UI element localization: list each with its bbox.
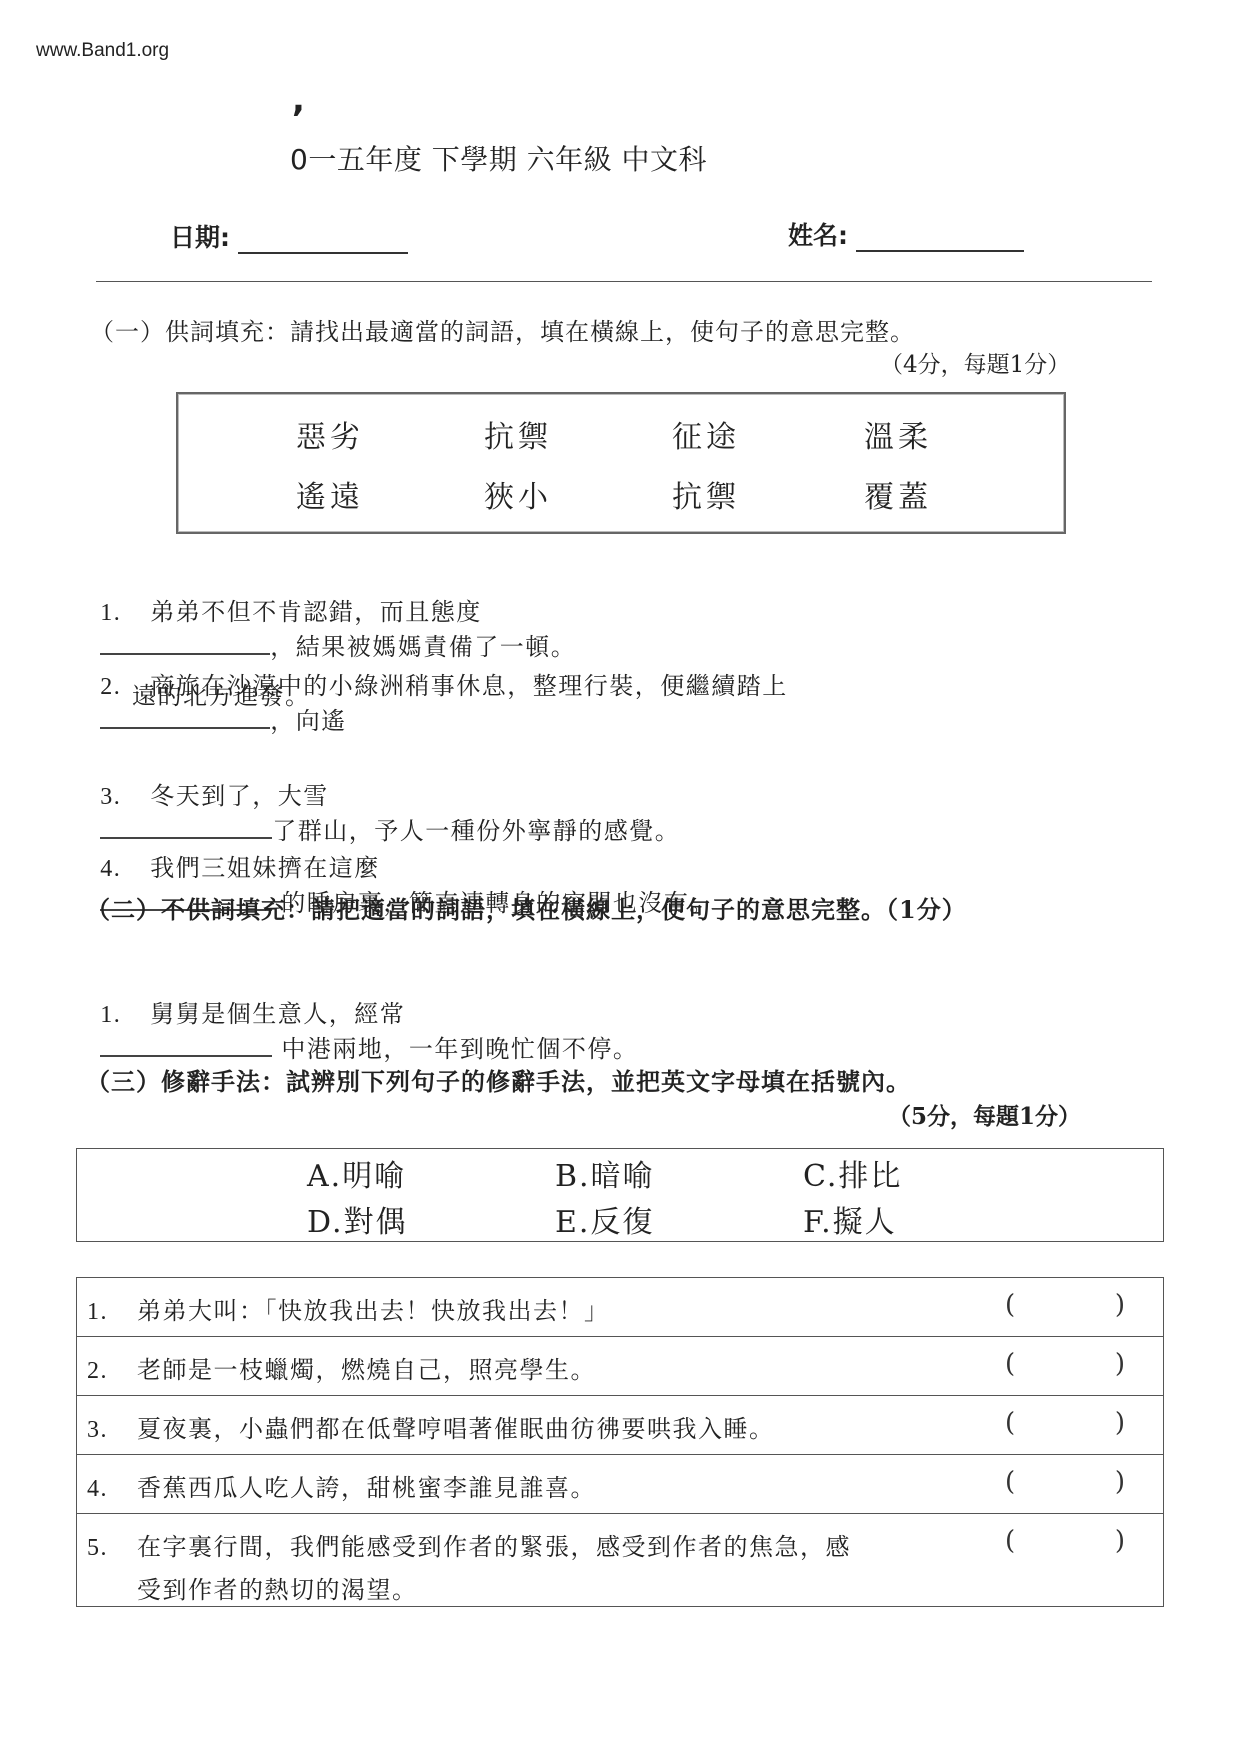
rhetoric-option: C.排比	[803, 1151, 902, 1195]
question-2-1: 1.舅舅是個生意人，經常 中港兩地，一年到晚忙個不停。	[82, 966, 638, 1064]
word-bank-box: 惡劣 抗禦 征途 溫柔 遙遠 狹小 抗禦 覆蓋	[176, 392, 1066, 534]
word-bank-item: 惡劣	[296, 412, 364, 456]
question-text: 老師是一枝蠟燭，燃燒自己，照亮學生。	[137, 1356, 596, 1384]
word-bank-item: 狹小	[484, 472, 552, 516]
table-row: 3.夏夜裏，小蟲們都在低聲哼唱著催眠曲彷彿要哄我入睡。 ()	[77, 1396, 1163, 1455]
word-bank-item: 征途	[672, 412, 740, 456]
table-row: 2.老師是一枝蠟燭，燃燒自己，照亮學生。 ()	[77, 1337, 1163, 1396]
rhetoric-options-box: A.明喻 B.暗喻 C.排比 D.對偶 E.反復 F.擬人	[76, 1148, 1164, 1242]
word-bank-item: 覆蓋	[864, 472, 932, 516]
page-title: 0一五年度 下學期 六年級 中文科	[290, 138, 707, 178]
section3-heading: （三）修辭手法：試辨別下列句子的修辭手法，並把英文字母填在括號內。	[86, 1062, 911, 1097]
rhetoric-option: D.對偶	[307, 1197, 408, 1241]
header-divider	[96, 281, 1152, 282]
table-row: 4.香蕉西瓜人吃人誇，甜桃蜜李誰見誰喜。 ()	[77, 1455, 1163, 1514]
name-label: 姓名:	[788, 216, 848, 252]
answer-blank[interactable]	[100, 1035, 272, 1057]
word-bank-item: 溫柔	[864, 412, 932, 456]
word-bank-item: 遙遠	[296, 472, 364, 516]
answer-parentheses[interactable]: ()	[1005, 1526, 1125, 1556]
word-bank-item: 抗禦	[484, 412, 552, 456]
word-bank-item: 抗禦	[672, 472, 740, 516]
question-text: 在字裏行間，我們能感受到作者的緊張，感受到作者的焦急，感	[137, 1533, 851, 1561]
rhetoric-questions-table: 1.弟弟大叫：「快放我出去！快放我出去！」 () 2.老師是一枝蠟燭，燃燒自己，…	[76, 1277, 1164, 1607]
name-input-line[interactable]	[856, 228, 1024, 252]
name-field: 姓名:	[788, 216, 1024, 252]
answer-parentheses[interactable]: ()	[1005, 1467, 1125, 1497]
answer-parentheses[interactable]: ()	[1005, 1408, 1125, 1438]
section2-heading: （二）不供詞填充：請把適當的詞語，填在橫線上，使句子的意思完整。（1分）	[86, 890, 967, 925]
table-row: 1.弟弟大叫：「快放我出去！快放我出去！」 ()	[77, 1278, 1163, 1337]
date-label: 日期:	[170, 218, 230, 254]
answer-parentheses[interactable]: ()	[1005, 1290, 1125, 1320]
question-text: 香蕉西瓜人吃人誇，甜桃蜜李誰見誰喜。	[137, 1474, 596, 1502]
question-text-continuation: 受到作者的熱切的渴望。	[137, 1576, 418, 1604]
question-text: 弟弟大叫：「快放我出去！快放我出去！」	[137, 1297, 610, 1325]
watermark: www.Band1.org	[36, 40, 169, 62]
date-input-line[interactable]	[238, 230, 408, 254]
section1-score: （4分，每題1分）	[880, 346, 1070, 379]
question-1-2-continuation: 遠的北方進發。	[132, 676, 311, 711]
question-text: 夏夜裏，小蟲們都在低聲哼唱著催眠曲彷彿要哄我入睡。	[137, 1415, 775, 1443]
date-field: 日期:	[170, 218, 408, 254]
stray-mark: ,	[292, 80, 305, 120]
rhetoric-option: B.暗喻	[555, 1151, 655, 1195]
rhetoric-option: F.擬人	[803, 1197, 897, 1241]
table-row: 5.在字裏行間，我們能感受到作者的緊張，感受到作者的焦急，感受到作者的熱切的渴望…	[77, 1514, 1163, 1606]
section1-heading: （一）供詞填充：請找出最適當的詞語，填在橫線上，使句子的意思完整。	[90, 312, 915, 347]
answer-parentheses[interactable]: ()	[1005, 1349, 1125, 1379]
section3-score: （5分，每題1分）	[888, 1098, 1081, 1131]
rhetoric-option: A.明喻	[307, 1151, 406, 1195]
rhetoric-option: E.反復	[555, 1197, 654, 1241]
